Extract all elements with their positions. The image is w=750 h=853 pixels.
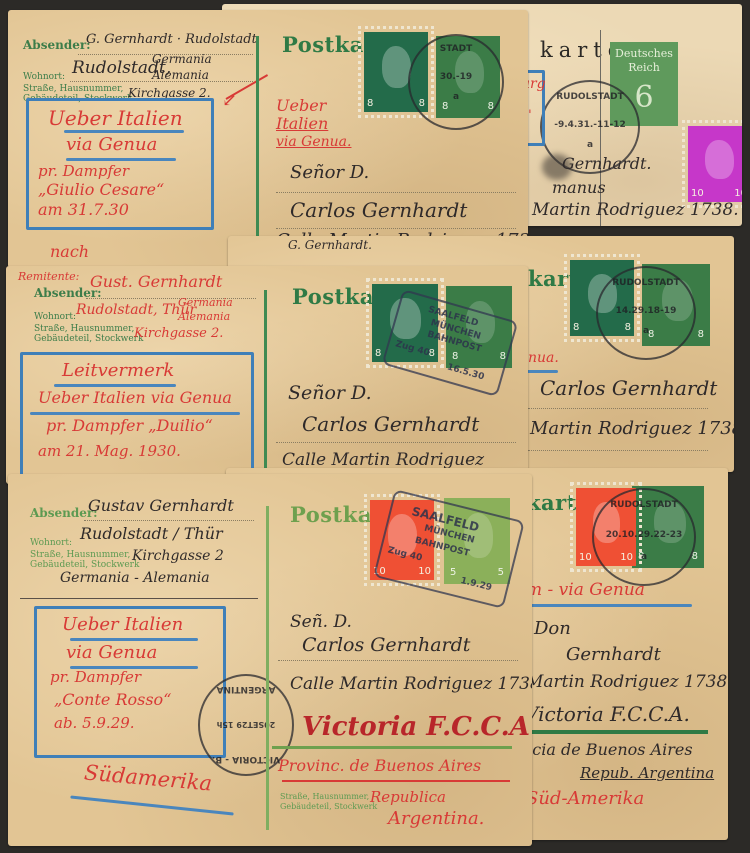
address-label-2: Gebäudeteil, Stockwerk <box>280 802 377 811</box>
addressee-line: Señor D. <box>290 162 369 183</box>
sender-line: Germania - Alemania <box>60 570 210 586</box>
route-note: via Genua. <box>276 134 351 150</box>
divider-line <box>256 36 259 268</box>
wohnort-label: Wohnort: <box>30 538 72 548</box>
green-rule <box>522 730 708 734</box>
postcard-bottom-left: Absender: Gustav Gernhardt Wohnort: Stra… <box>8 474 532 846</box>
addressee-line: Martin Rodriguez 1738. <box>532 200 739 220</box>
destination-note: Süd-Amerika <box>526 788 644 809</box>
addressee-line: Señ. D. <box>290 612 352 632</box>
divider-line <box>264 290 267 480</box>
dotted-rule <box>276 192 516 193</box>
imprint-text-2: Reich <box>610 61 678 74</box>
postmark-rudolstadt: STADT 30.-19 a <box>408 34 504 130</box>
sender-partial: G. Gernhardt. <box>288 238 372 252</box>
wohnort-label: Wohnort: <box>34 312 76 322</box>
addressee-line: Carlos Gernhardt <box>302 412 479 436</box>
addressee-line: Repub. Argentina <box>580 764 714 782</box>
remittent-label: Remitente: <box>18 270 79 283</box>
addressee-line: Señor D. <box>288 382 372 404</box>
route-line: „Conte Rosso“ <box>54 690 171 709</box>
dotted-rule <box>528 408 708 409</box>
underline <box>70 795 233 815</box>
route-line: am 21. Mag. 1930. <box>38 442 181 460</box>
underline <box>522 604 692 607</box>
address-label-2: Gebäudeteil, Stockwerk <box>34 334 143 344</box>
underline <box>524 370 558 373</box>
route-line: Leitvermerk <box>62 360 174 381</box>
route-line: pr. Dampfer „Duilio“ <box>46 416 213 435</box>
route-line: Ueber Italien via Genua <box>38 388 232 407</box>
sender-line: Germania <box>178 296 233 309</box>
rule <box>20 598 258 599</box>
underline <box>66 158 176 161</box>
postmark-rudolstadt: RUDOLSTADT 20.10.29.22-23 a <box>592 488 696 586</box>
underline <box>282 780 510 782</box>
addressee-line: Carlos Gernhardt <box>540 376 717 400</box>
sender-label: Absender: <box>23 38 91 52</box>
sender-value: Gustav Gernhardt <box>88 496 234 515</box>
addressee-line: Calle Martin Rodriguez <box>282 450 484 470</box>
address-label-2: Gebäudeteil, Stockwerk <box>30 560 139 570</box>
route-note: Ueber <box>276 96 326 115</box>
sender-line: Germania <box>152 52 212 66</box>
addressee-line: manus <box>552 178 606 197</box>
dotted-rule <box>278 660 518 661</box>
postcard-top-left: Absender: G. Gernhardt · Rudolstadt Wohn… <box>8 10 528 268</box>
wohnort-label: Wohnort: <box>23 72 65 82</box>
route-line: via Genua <box>66 134 157 155</box>
underline <box>30 412 240 415</box>
green-rule <box>272 746 512 749</box>
underline <box>54 384 176 387</box>
addressee-line: Martin Rodriguez 1738 <box>526 672 727 692</box>
addressee-line: Calle Martin Rodriguez 1738 <box>290 674 532 694</box>
sender-line: Kirchgasse 2. <box>134 326 223 341</box>
dotted-rule <box>276 228 516 229</box>
route-line: via Genua <box>66 642 157 663</box>
sender-line: Alemania <box>152 68 209 82</box>
addressee-line: Gernhardt <box>566 644 661 665</box>
route-line: Ueber Italien <box>62 614 183 635</box>
addressee-line: Victoria F.C.C.A. <box>524 702 690 726</box>
extra-note: nach <box>50 242 89 261</box>
addressee-line: Don <box>534 618 571 639</box>
route-note: Italien <box>276 114 328 133</box>
addressee-line: Republica <box>370 788 446 806</box>
address-label-1: Straße, Hausnummer, <box>280 792 369 801</box>
dotted-rule <box>528 450 708 451</box>
arrow-head: ↙ <box>222 90 237 111</box>
addressee-line: Martin Rodriguez 1738 <box>530 418 734 439</box>
route-line: pr. Dampfer <box>38 162 129 180</box>
stamp-10-violet: 10 10 <box>682 120 742 208</box>
dotted-rule <box>84 520 254 521</box>
addressee-line: Provinc. de Buenos Aires <box>278 756 481 775</box>
sender-value: Gust. Gernhardt <box>90 272 222 291</box>
dotted-rule <box>276 442 516 443</box>
route-line: pr. Dampfer <box>50 668 141 686</box>
sender-line: Rudolstadt / Thür <box>80 524 223 543</box>
address-label-1: Straße, Hausnummer, <box>23 84 123 94</box>
route-line: Ueber Italien <box>48 106 183 130</box>
addressee-line: Gernhardt. <box>562 154 651 173</box>
postmark-rudolstadt: RUDOLSTADT 14.29.18-19 a <box>596 266 696 360</box>
destination-note: Südamerika <box>83 760 213 795</box>
addressee-line: Carlos Gernhardt <box>290 198 467 222</box>
postcard-middle-left: Remitente: Absender: Gust. Gernhardt Woh… <box>6 266 528 484</box>
sender-value: G. Gernhardt · Rudolstadt <box>86 32 257 47</box>
imprint-text-1: Deutsches <box>610 47 678 60</box>
underline <box>70 638 198 641</box>
route-note: m - via Genua <box>526 580 645 600</box>
addressee-line: Argentina. <box>388 808 484 829</box>
sender-line: Alemania <box>178 310 230 323</box>
underline <box>64 130 184 133</box>
divider-line <box>266 506 269 830</box>
route-line: ab. 5.9.29. <box>54 714 135 732</box>
route-line: am 31.7.30 <box>38 200 129 219</box>
red-note: nua. <box>528 350 559 366</box>
route-line: „Giulio Cesare“ <box>38 180 164 199</box>
addressee-line-city: Victoria F.C.C.A. <box>302 712 532 742</box>
address-label-1: Straße, Hausnummer, <box>34 324 134 334</box>
sender-line: Kirchgasse 2 <box>132 548 224 564</box>
addressee-line: ncia de Buenos Aires <box>522 740 693 759</box>
addressee-line: Carlos Gernhardt <box>302 634 470 656</box>
address-label-1: Straße, Hausnummer, <box>30 550 130 560</box>
